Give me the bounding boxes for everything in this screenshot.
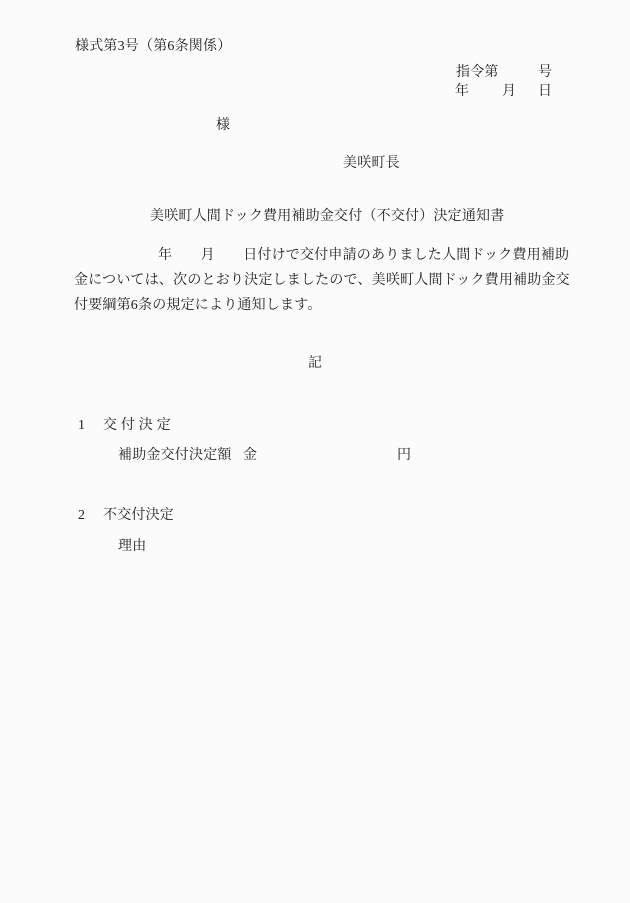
section1-number: 1 <box>78 417 85 435</box>
date-year-label: 年 <box>455 83 469 101</box>
record-marker: 記 <box>308 355 322 373</box>
document-title: 美咲町人間ドック費用補助金交付（不交付）決定通知書 <box>150 208 504 226</box>
section1-currency-prefix: 金 <box>243 447 257 465</box>
body-line-1: 年 月 日付けで交付申請のありました人間ドック費用補助 <box>158 247 569 265</box>
notice-document-page: 様式第3号（第6条関係） 指令第 号 年 月 日 様 美咲町長 美咲町人間ドック… <box>0 0 630 903</box>
section2-reason-label: 理由 <box>118 538 146 556</box>
directive-number-label: 指令第 <box>456 64 499 82</box>
date-month-label: 月 <box>502 83 516 101</box>
section1-currency-suffix: 円 <box>397 447 411 465</box>
section2-heading: 不交付決定 <box>103 507 174 525</box>
section2-number: 2 <box>78 507 85 525</box>
form-number: 様式第3号（第6条関係） <box>75 38 231 56</box>
section1-amount-label: 補助金交付決定額 <box>118 447 232 465</box>
date-day-label: 日 <box>538 83 552 101</box>
addressee-honorific: 様 <box>216 117 230 135</box>
body-line-2: 金については、次のとおり決定しましたので、美咲町人間ドック費用補助金交 <box>74 272 570 290</box>
sender-name: 美咲町長 <box>343 155 400 173</box>
directive-number-suffix: 号 <box>538 64 552 82</box>
body-line-3: 付要綱第6条の規定により通知します。 <box>74 297 321 315</box>
section1-heading: 交 付 決 定 <box>103 417 171 435</box>
